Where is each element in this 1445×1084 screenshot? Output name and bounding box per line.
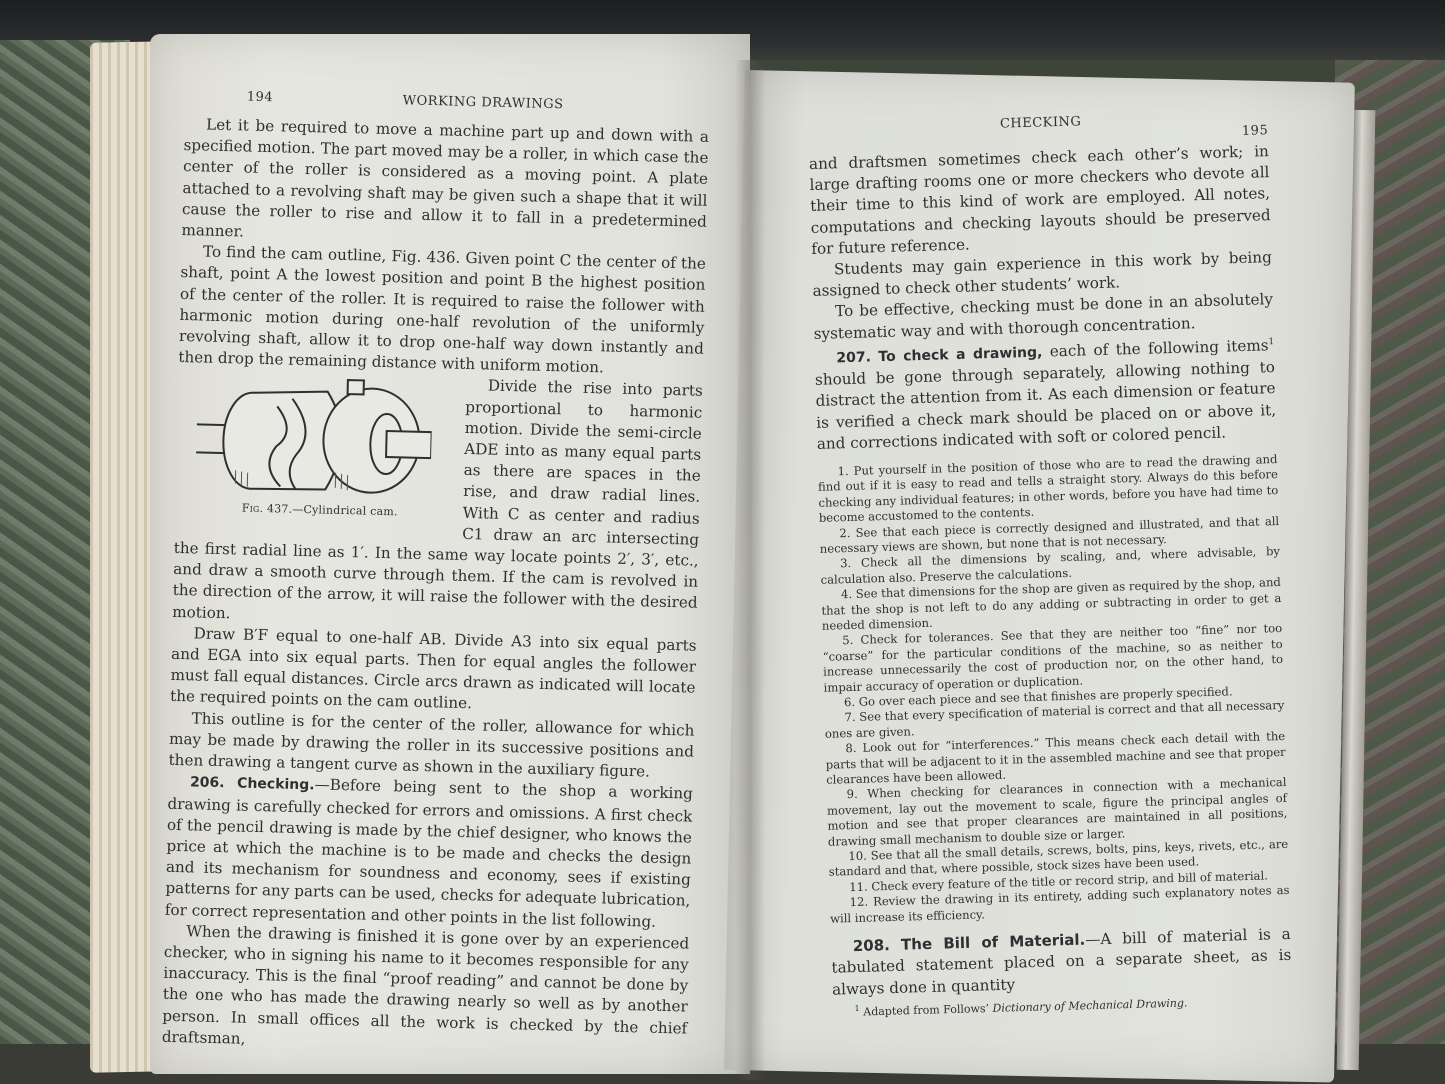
section-text: should be gone through separately, allow… bbox=[815, 358, 1277, 452]
cylindrical-cam-icon bbox=[195, 375, 433, 501]
page-number: 195 bbox=[1242, 123, 1269, 139]
paragraph: To find the cam outline, Fig. 436. Given… bbox=[178, 241, 706, 381]
figure-caption-label: Fig. 437. bbox=[242, 502, 293, 516]
paragraph: When the drawing is finished it is gone … bbox=[162, 920, 690, 1060]
figure-caption-text: —Cylindrical cam. bbox=[292, 503, 398, 519]
running-head: CHECKING bbox=[1000, 114, 1082, 131]
section-text: —Before being sent to the shop a working… bbox=[165, 776, 693, 931]
footnote-marker: 1 bbox=[1268, 337, 1274, 347]
footnote-end: . bbox=[1184, 996, 1188, 1009]
left-page-content: 194 WORKING DRAWINGS Let it be required … bbox=[162, 88, 710, 1060]
section-heading: 208. The Bill of Material. bbox=[853, 931, 1086, 955]
paragraph: Let it be required to move a machine par… bbox=[181, 114, 709, 254]
footnote-marker: 1 bbox=[854, 1004, 859, 1013]
paragraph: and draftsmen sometimes check each other… bbox=[809, 141, 1272, 260]
right-page-content: CHECKING 195 and draftsmen sometimes che… bbox=[808, 115, 1293, 1020]
paragraph: Draw B′F equal to one-half AB. Divide A3… bbox=[170, 623, 697, 721]
section-text: each of the following items bbox=[1042, 336, 1269, 360]
page-number: 194 bbox=[247, 90, 274, 106]
footnote-text: Adapted from Follows’ bbox=[863, 1002, 993, 1019]
figure-437: Fig. 437.—Cylindrical cam. bbox=[195, 375, 448, 520]
section-heading: 207. To check a drawing, bbox=[836, 344, 1042, 366]
section-heading: 206. Checking. bbox=[190, 775, 315, 794]
checklist: 1. Put yourself in the position of those… bbox=[817, 452, 1290, 927]
section-207: 207. To check a drawing, each of the fol… bbox=[814, 332, 1277, 455]
running-head: WORKING DRAWINGS bbox=[403, 93, 564, 112]
section-208: 208. The Bill of Material.—A bill of mat… bbox=[831, 924, 1293, 1000]
book-gutter bbox=[735, 60, 765, 1080]
section-206: 206. Checking.—Before being sent to the … bbox=[165, 771, 693, 933]
